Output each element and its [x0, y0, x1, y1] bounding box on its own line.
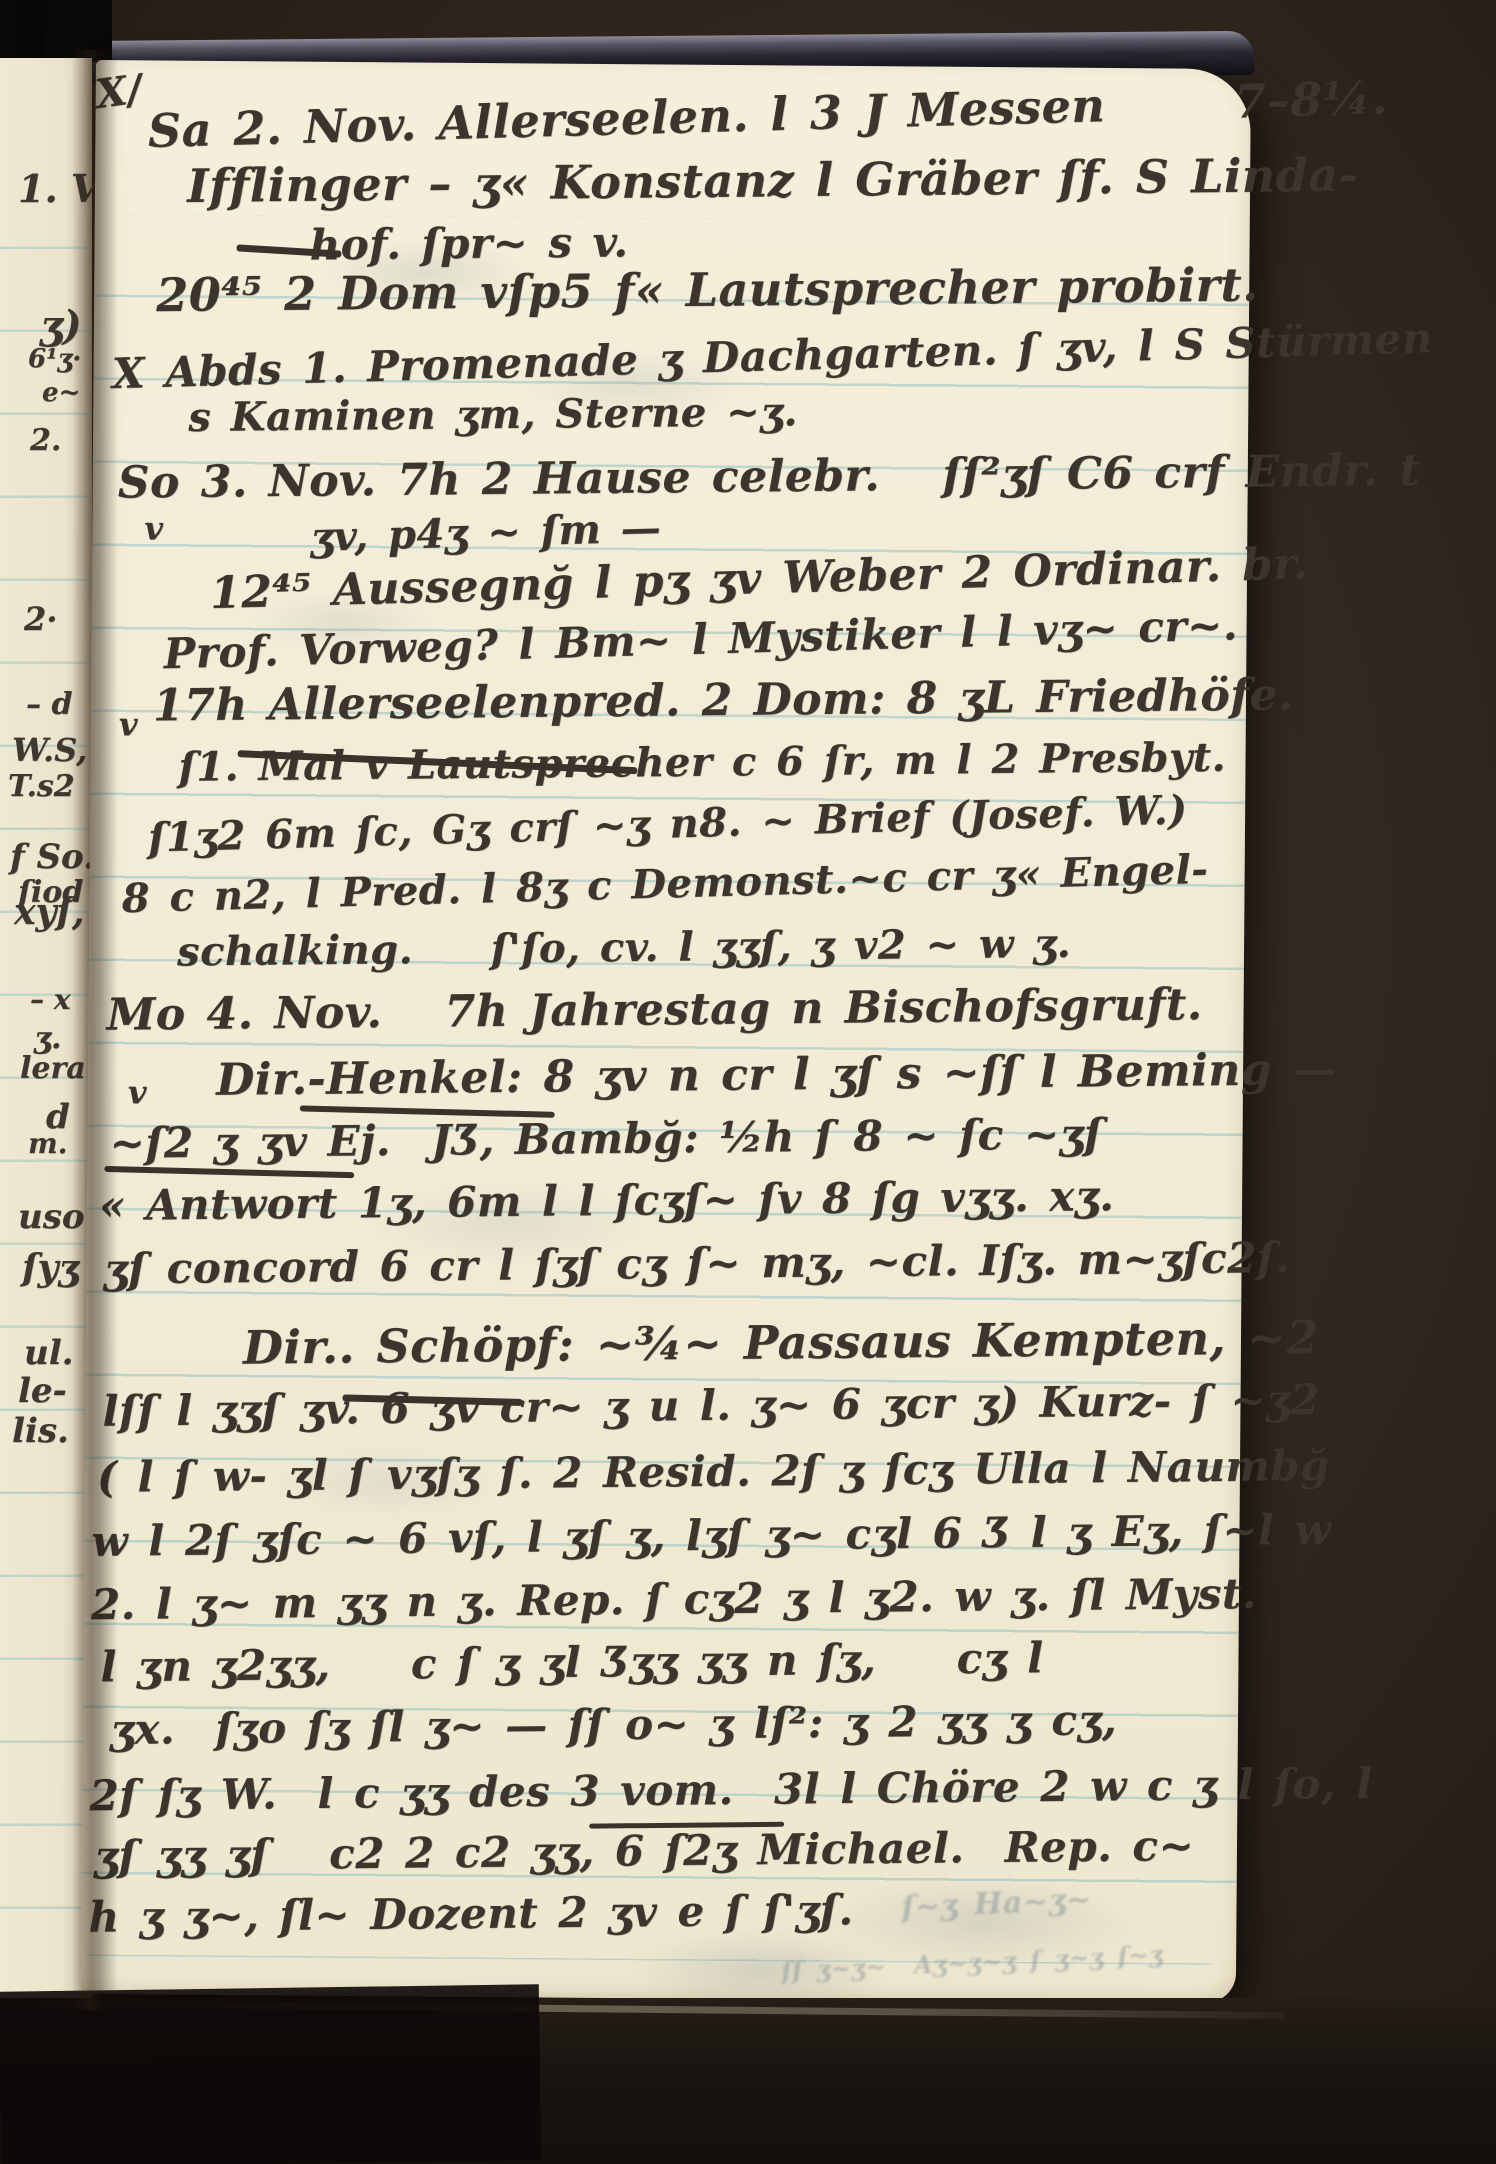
left-page-fragment: e~	[42, 380, 80, 406]
left-page-edge: 1. V ʒ) 6¹ʒ· e~ 2. 2· – d W.S, T.s2 f So…	[0, 58, 92, 2000]
left-page-fragment: W.S,	[12, 734, 87, 766]
left-page-fragment: 1. V	[18, 170, 100, 208]
handwriting-line: Dir.-Henkel: 8 ʒv n cr l ʒſ s ~ſſ l Bemi…	[216, 1048, 1338, 1103]
handwriting-line: ~ſ2 ʒ ʒv Ej. JƷ, Bambğ: ½h ſ 8 ~ ſc ~ʒſ	[109, 1113, 1102, 1165]
handwriting-line: Dir.. Schöpf: ~¾~ Passaus Kempten, ~2	[243, 1314, 1319, 1370]
left-page-fragment: 6¹ʒ·	[28, 346, 81, 372]
margin-mark-x: X/	[93, 69, 145, 115]
handwriting-line: ʒx. ſʒo ſʒ ſl ʒ~ — ſſ o~ ʒ lſ²: ʒ 2 ʒʒ ʒ…	[110, 1699, 1117, 1751]
bleedthrough-text: ſ~ʒ Ha~ʒ~	[901, 1885, 1092, 1923]
left-page-fragment: ul.	[24, 1336, 73, 1370]
notebook-cover-bottom-left	[0, 1984, 541, 2164]
left-page-fragment: f So.	[10, 840, 95, 874]
margin-mark-check: v	[128, 1076, 147, 1108]
margin-mark-check: v	[144, 512, 163, 544]
handwriting-line: ſ1. Mal v Lautsprecher c 6 ſr, m l 2 Pre…	[178, 738, 1226, 788]
handwriting-line: ʒſ concord 6 cr l ſʒſ cʒ ſ~ mʒ, ~cl. Iſʒ…	[103, 1237, 1290, 1290]
handwriting-line: schalking. ſ'ſo, cv. l ʒʒſ, ʒ v2 ~ w ʒ.	[177, 924, 1071, 973]
handwriting-line: Mo 4. Nov. 7h Jahrestag n Bischofsgruft.	[106, 983, 1202, 1038]
handwriting-line: hof. ſpr~ s v.	[309, 221, 628, 266]
left-page-fragment: lera	[20, 1054, 86, 1084]
left-page-fragment: uso	[18, 1200, 85, 1234]
handwriting-line: ʒſ ʒʒ ʒſ c2 2 c2 ʒʒ, 6 ſ2ʒ Michael. Rep.…	[94, 1825, 1195, 1878]
left-page-fragment: T.s2	[8, 772, 75, 802]
photographed-notebook-scene: 1. V ʒ) 6¹ʒ· e~ 2. 2· – d W.S, T.s2 f So…	[0, 0, 1496, 2164]
left-page-fragment: ʒ.	[34, 1024, 61, 1054]
diary-page: X/ v v v Sa 2. Nov. Allerseelen. l 3 J M…	[81, 60, 1251, 2003]
left-page-fragment: – x	[30, 986, 70, 1014]
handwriting-line: 17h Allerseelenpred. 2 Dom: 8 ʒL Friedhö…	[153, 673, 1294, 728]
handwriting-line: 2. l ʒ~ m ʒʒ n ʒ. Rep. ſ cʒ2 ʒ l ʒ2. w ʒ…	[91, 1573, 1257, 1626]
handwriting-line: h ʒ ʒ~, ſl~ Dozent 2 ʒv e ſ ſ'ʒſ.	[88, 1889, 853, 1938]
handwriting-line: « Antwort 1ʒ, 6m l l ſcʒſ~ ſv 8 ſg vʒʒ. …	[99, 1175, 1115, 1227]
left-page-fragment: 2.	[30, 426, 61, 456]
margin-mark-check: v	[119, 708, 138, 740]
left-page-fragment: ſyʒ	[22, 1250, 79, 1286]
left-page-fragment: m.	[28, 1130, 67, 1158]
left-page-fragment: lis.	[12, 1414, 69, 1448]
handwriting-line: Ifflinger – ʒ« Konstanz l Gräber ſf. S L…	[187, 152, 1359, 209]
left-page-fragment: – d	[26, 690, 72, 720]
handwriting-line: l ʒn ʒ2ʒʒ, c ſ ʒ ʒl Ʒʒʒ ʒʒ n ſʒ, cʒ l	[100, 1637, 1044, 1688]
handwriting-line: s Kaminen ʒm, Sterne ~ʒ.	[188, 392, 798, 438]
left-page-fragment: ʒ)	[40, 306, 82, 346]
left-page-fragment: xyſ,	[14, 894, 84, 930]
handwriting-line: ʒv, p4ʒ ~ ſm —	[310, 508, 662, 557]
handwriting-line: 20⁴⁵ 2 Dom vſp5 f« Lautsprecher probirt.	[156, 262, 1259, 319]
handwriting-line: 2ſ ſʒ W. l c ʒʒ des 3 vom. 3l l Chöre 2 …	[89, 1763, 1373, 1817]
left-page-fragment: 2·	[24, 603, 57, 635]
handwriting-line: w l 2ſ ʒſc ~ 6 vſ, l ʒſ ʒ, lʒſ ʒ~ cʒl 6 …	[91, 1509, 1331, 1563]
handwriting-line: So 3. Nov. 7h 2 Hause celebr. ſſ²ʒſ C6 c…	[118, 449, 1421, 506]
handwriting-line: ( l ſ w- ʒl ſ vʒſʒ ſ. 2 Resid. 2ſ ʒ ſcʒ …	[97, 1445, 1331, 1499]
handwriting-line: lſſ l ʒʒſ ʒv. 6 ʒv cr~ ʒ u l. ʒ~ 6 ʒcr ʒ…	[102, 1379, 1320, 1433]
left-page-fragment: le-	[18, 1374, 67, 1408]
handwriting-line: Sa 2. Nov. Allerseelen. l 3 J Messen 7–8…	[147, 75, 1388, 155]
